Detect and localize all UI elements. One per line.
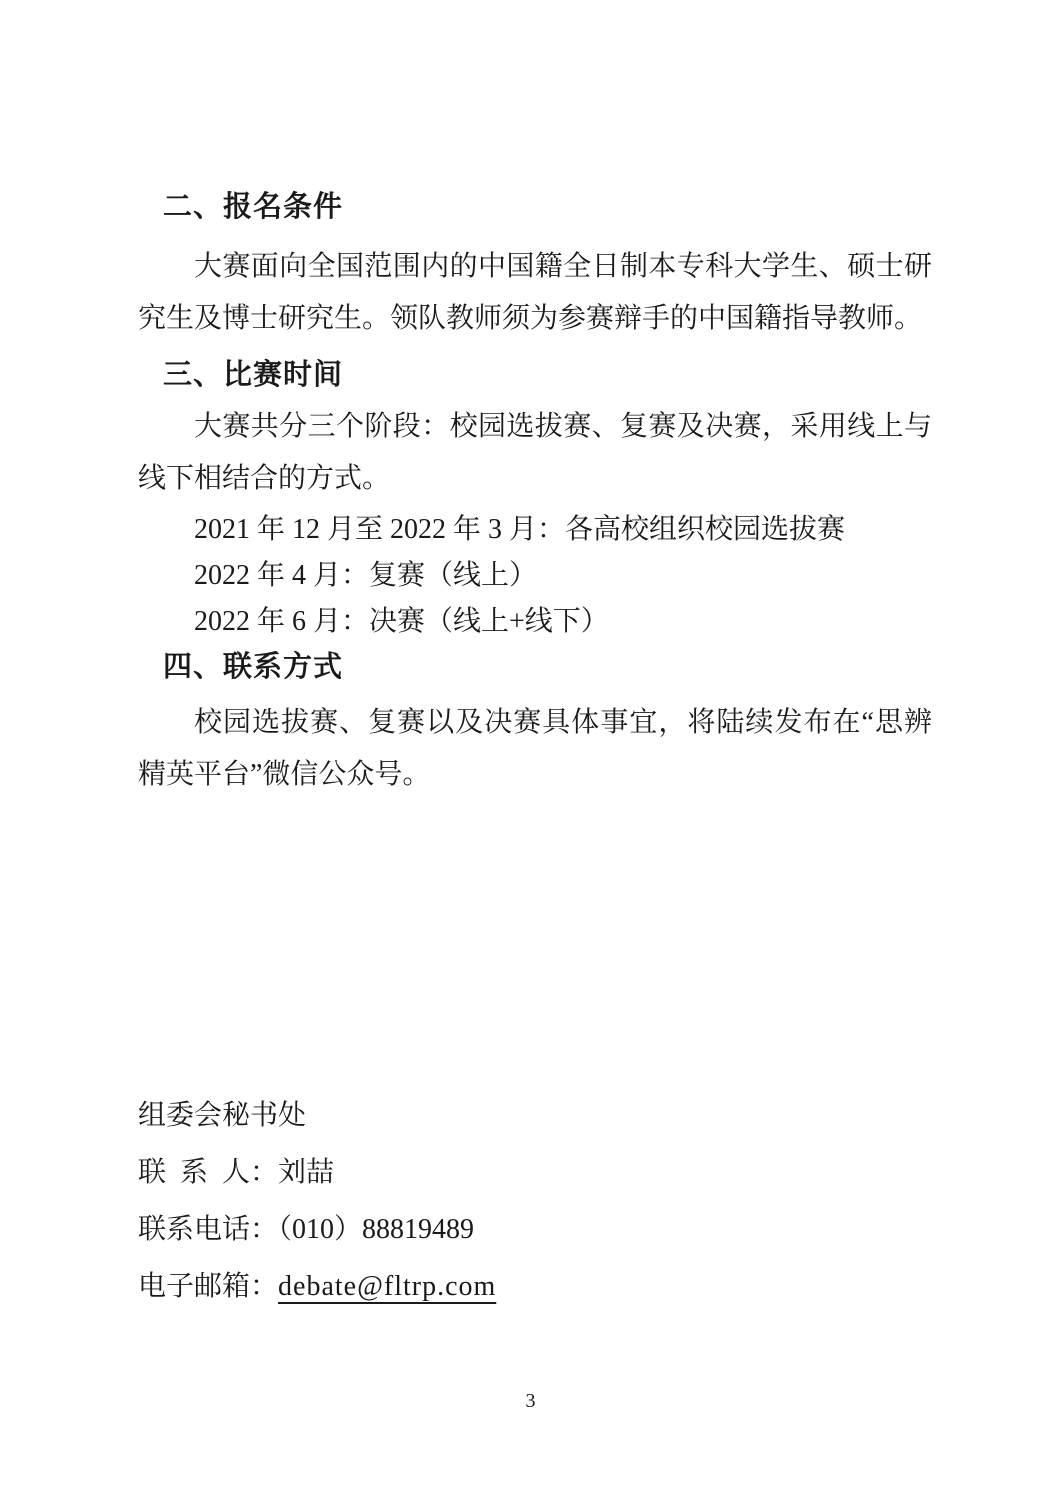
- schedule-list: 2021 年 12 月至 2022 年 3 月：各高校组织校园选拔赛 2022 …: [138, 507, 932, 645]
- contact-email-label: 电子邮箱：: [138, 1271, 278, 1302]
- contact-person-label: 联 系 人：: [138, 1157, 278, 1188]
- paragraph-line: 大赛面向全国范围内的中国籍全日制本专科大学生、硕士研: [138, 241, 932, 293]
- contact-email-link[interactable]: debate@fltrp.com: [278, 1271, 496, 1302]
- document-body: 二、报名条件 大赛面向全国范围内的中国籍全日制本专科大学生、硕士研 究生及博士研…: [138, 185, 932, 801]
- contact-phone-label: 联系电话：: [138, 1214, 278, 1245]
- document-page: 二、报名条件 大赛面向全国范围内的中国籍全日制本专科大学生、硕士研 究生及博士研…: [0, 0, 1061, 1500]
- section-heading-contact-info: 四、联系方式: [138, 645, 932, 689]
- paragraph-schedule-intro: 大赛共分三个阶段：校园选拔赛、复赛及决赛，采用线上与 线下相结合的方式。: [138, 401, 932, 505]
- schedule-item-final: 2022 年 6 月：决赛（线上+线下）: [138, 599, 932, 645]
- contact-person-name: 刘喆: [278, 1157, 334, 1188]
- paragraph-line: 究生及博士研究生。领队教师须为参赛辩手的中国籍指导教师。: [138, 293, 932, 345]
- contact-phone-line: 联系电话：（010）88819489: [138, 1201, 932, 1258]
- schedule-item-campus-selection: 2021 年 12 月至 2022 年 3 月：各高校组织校园选拔赛: [138, 507, 932, 553]
- paragraph-line: 线下相结合的方式。: [138, 453, 932, 505]
- contact-phone-number: （010）88819489: [278, 1214, 474, 1245]
- page-number: 3: [0, 1388, 1061, 1414]
- paragraph-line: 大赛共分三个阶段：校园选拔赛、复赛及决赛，采用线上与: [138, 401, 932, 453]
- contact-organization: 组委会秘书处: [138, 1087, 932, 1144]
- contact-email-line: 电子邮箱：debate@fltrp.com: [138, 1258, 932, 1315]
- contact-block: 组委会秘书处 联 系 人：刘喆 联系电话：（010）88819489 电子邮箱：…: [138, 1087, 932, 1315]
- paragraph-registration: 大赛面向全国范围内的中国籍全日制本专科大学生、硕士研 究生及博士研究生。领队教师…: [138, 241, 932, 345]
- paragraph-line: 校园选拔赛、复赛以及决赛具体事宜，将陆续发布在“思辨: [138, 697, 932, 749]
- paragraph-line: 精英平台”微信公众号。: [138, 749, 932, 801]
- section-heading-competition-schedule: 三、比赛时间: [138, 353, 932, 397]
- paragraph-contact-info: 校园选拔赛、复赛以及决赛具体事宜，将陆续发布在“思辨 精英平台”微信公众号。: [138, 697, 932, 801]
- contact-person-line: 联 系 人：刘喆: [138, 1144, 932, 1201]
- section-heading-registration-requirements: 二、报名条件: [138, 185, 932, 229]
- schedule-item-semifinal: 2022 年 4 月：复赛（线上）: [138, 553, 932, 599]
